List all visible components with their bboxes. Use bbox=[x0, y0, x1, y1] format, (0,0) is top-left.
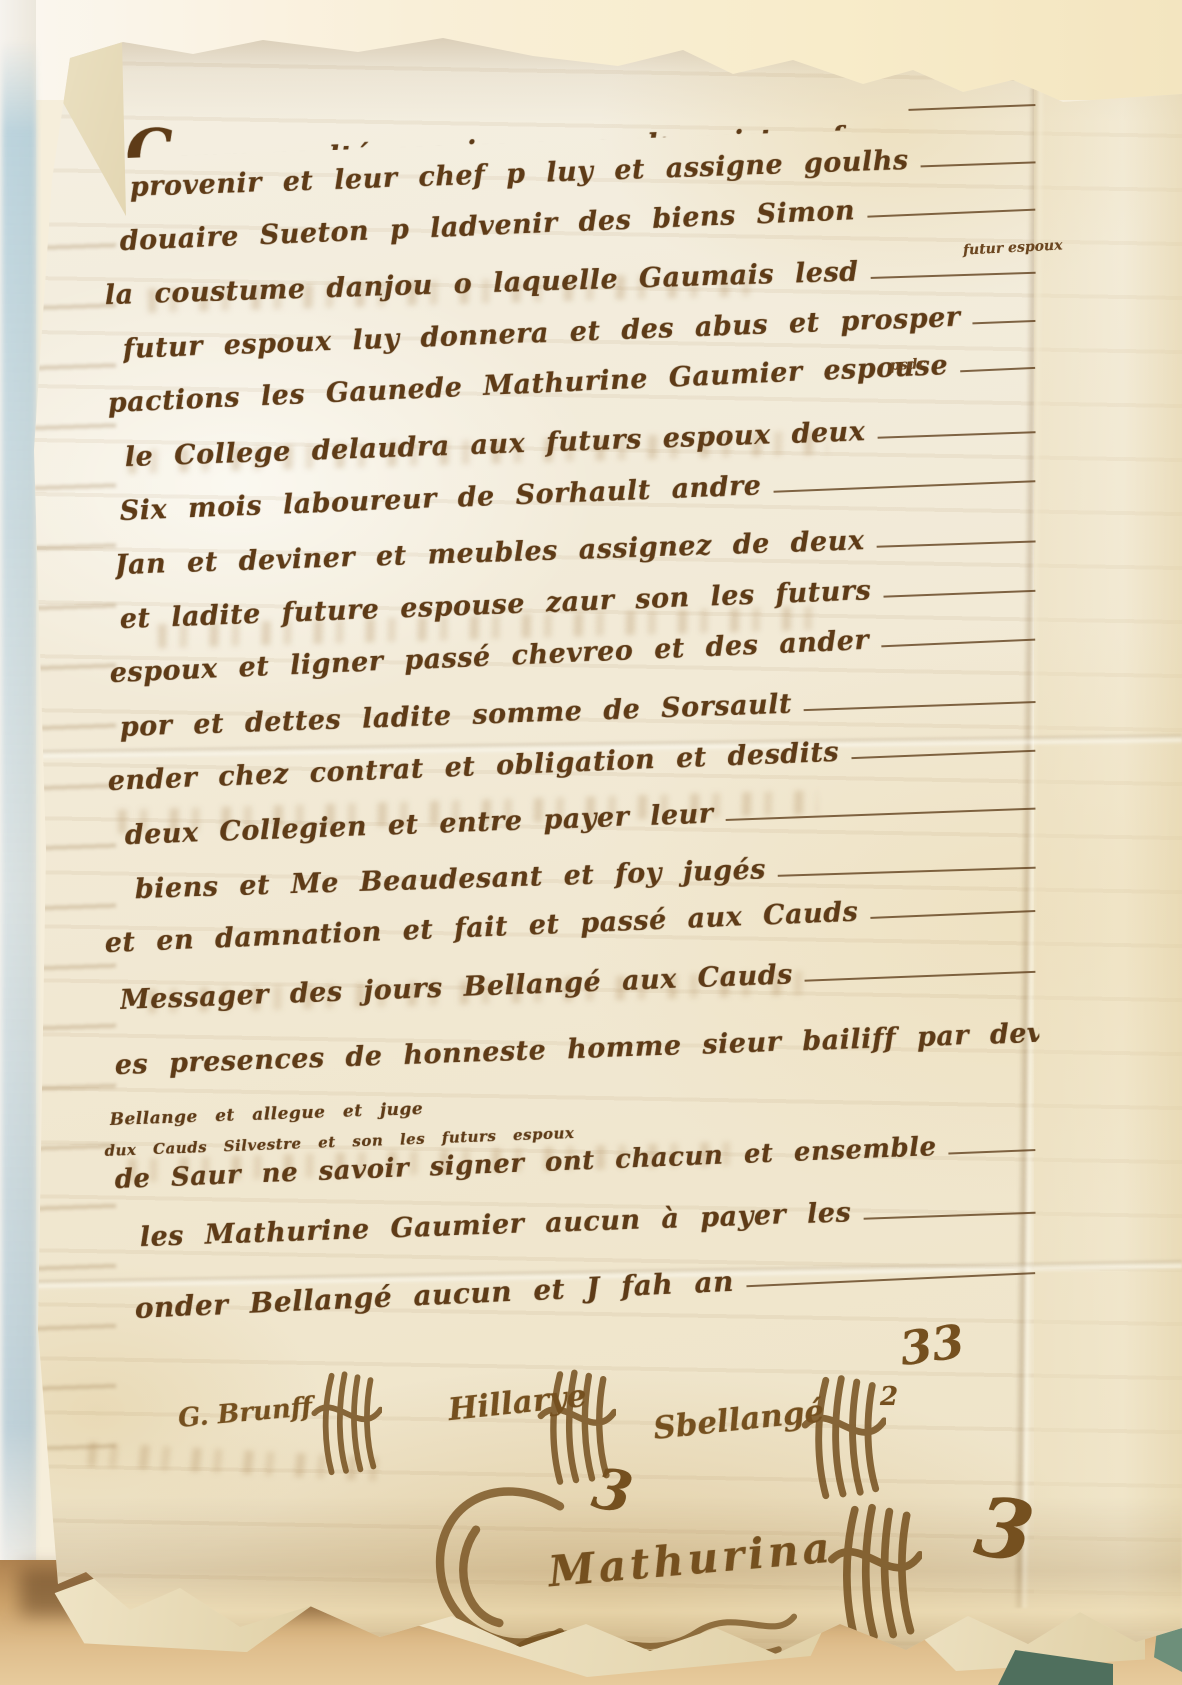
line-filler-stroke bbox=[746, 1272, 1035, 1287]
line-filler-stroke bbox=[863, 1212, 1035, 1220]
line-filler-stroke bbox=[870, 910, 1035, 919]
line-filler-stroke bbox=[774, 480, 1036, 493]
line-filler-stroke bbox=[877, 540, 1036, 547]
signature-mark: 2 bbox=[880, 1382, 898, 1412]
line-filler-stroke bbox=[960, 367, 1035, 372]
line-filler-stroke bbox=[908, 104, 1035, 111]
line-filler-stroke bbox=[778, 867, 1036, 877]
manuscript-photograph: Communaulté acquise ou quelz naist enfan… bbox=[0, 0, 1182, 1685]
paraph-flourish bbox=[310, 1370, 382, 1478]
interline-annotation: psdr bbox=[890, 356, 926, 374]
line-filler-stroke bbox=[867, 209, 1035, 218]
line-end-flourish: 33 bbox=[897, 1314, 968, 1376]
line-filler-stroke bbox=[851, 750, 1035, 759]
bleed-through-ruling bbox=[34, 190, 116, 1450]
line-filler-stroke bbox=[871, 272, 1036, 279]
line-filler-stroke bbox=[883, 590, 1035, 598]
right-margin-strip bbox=[1034, 86, 1182, 1631]
line-filler-stroke bbox=[804, 701, 1035, 711]
line-filler-stroke bbox=[949, 1149, 1036, 1154]
left-edge-blue-shadow bbox=[2, 40, 36, 1580]
line-filler-stroke bbox=[921, 161, 1036, 167]
line-filler-stroke bbox=[881, 639, 1035, 648]
line-filler-stroke bbox=[973, 320, 1036, 324]
line-filler-stroke bbox=[726, 808, 1036, 821]
paraph-flourish bbox=[800, 1372, 886, 1504]
manuscript-page: Communaulté acquise ou quelz naist enfan… bbox=[28, 30, 1182, 1655]
line-filler-stroke bbox=[805, 971, 1035, 982]
line-filler-stroke bbox=[877, 431, 1035, 439]
